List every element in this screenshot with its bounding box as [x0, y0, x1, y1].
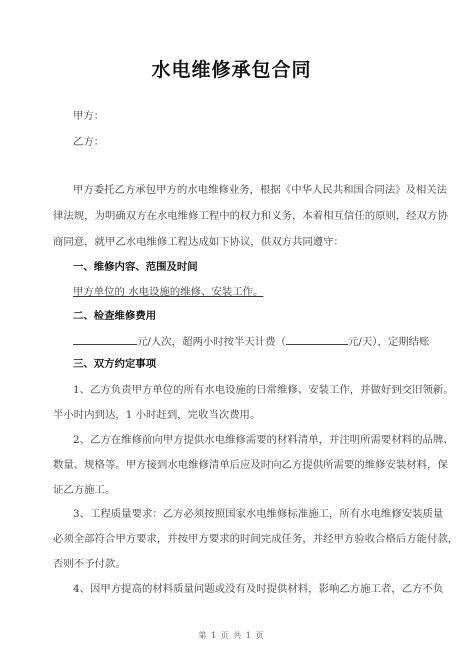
section-3-line-4: 数量、规格等。甲方接到水电维修清单后应及时向乙方提供所需要的维修安装材料，保	[53, 456, 448, 471]
section-3-heading: 三、双方约定事项	[73, 355, 156, 370]
section-3-line-1: 1、乙方负责甲方单位的所有水电设施的日常维修、安装工作，并做好到交旧领新。	[73, 381, 454, 396]
section-2-heading: 二、检查维修费用	[73, 307, 156, 322]
section-1-content: 甲方单位的 水电设施的维修、安装工作。	[73, 283, 263, 298]
fee-text-2: 元/天），定期结账	[348, 336, 429, 348]
document-page: 水电维修承包合同 甲方： 乙方： 甲方委托乙方承包甲方的水电维修业务，根据《中华…	[0, 0, 463, 655]
section-2-fee-line: 元/人次，超两小时按半天计费（元/天），定期结账	[73, 333, 429, 348]
section-3-line-6: 3、工程质量要求：乙方必须按照国家水电维修标准施工，所有水电维修安装质量	[73, 505, 443, 520]
section-1-heading: 一、维修内容、范围及时间	[73, 258, 198, 273]
fee-text-1: 元/人次，超两小时按半天计费（	[137, 336, 286, 348]
fee-per-visit-blank[interactable]	[73, 334, 137, 345]
section-3-line-3: 2、乙方在维修前向甲方提供水电维修需要的材料清单，并注明所需要材料的品牌、	[73, 431, 454, 446]
intro-line-3: 商同意，就甲乙水电维修工程达成如下协议，供双方共同遵守：	[53, 233, 344, 248]
page-footer: 第 1 页 共 1 页	[0, 630, 463, 641]
document-title: 水电维修承包合同	[0, 55, 463, 82]
fee-per-day-blank[interactable]	[286, 334, 348, 345]
party-a-label: 甲方：	[73, 107, 104, 122]
section-3-line-7: 必须全部符合甲方要求，并按甲方要求的时间完成任务，并经甲方验收合格后方能付款，	[53, 530, 458, 545]
section-3-line-5: 证乙方施工。	[53, 481, 115, 496]
section-3-line-9: 4、因甲方提高的材料质量问题或没有及时提供材料，影响乙方施工者，乙方不负	[73, 580, 443, 595]
section-3-line-8: 否则不予付款。	[53, 555, 126, 570]
party-b-label: 乙方：	[73, 133, 104, 148]
section-3-line-2: 半小时内到达，1 小时赶到，完收当次费用。	[53, 406, 260, 421]
intro-line-1: 甲方委托乙方承包甲方的水电维修业务，根据《中华人民共和国合同法》及相关法	[73, 181, 447, 196]
intro-line-2: 律法规，为明确双方在水电维修工程中的权力和义务，本着相互信任的原则，经双方协	[53, 207, 448, 222]
